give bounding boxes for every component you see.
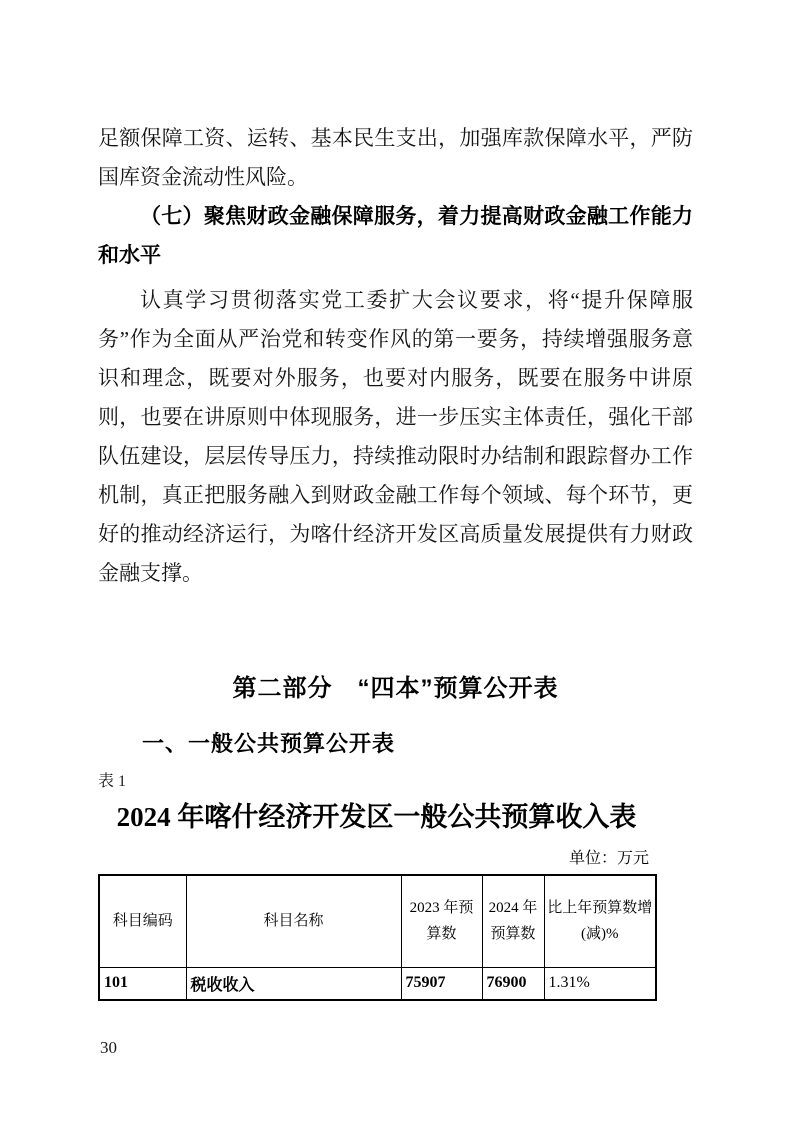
paragraph-section-seven: 认真学习贯彻落实党工委扩大会议要求，将“提升保障服务”作为全面从严治党和转变作风… [98,281,693,593]
unit-label: 单位：万元 [98,849,655,869]
content-area: 足额保障工资、运转、基本民生支出，加强库款保障水平，严防国库资金流动性风险。 （… [98,119,693,1001]
col-header-subject-name: 科目名称 [186,875,401,967]
page-number: 30 [100,1038,117,1058]
paragraph-continuation: 足额保障工资、运转、基本民生支出，加强库款保障水平，严防国库资金流动性风险。 [98,119,693,197]
cell-subject-code: 101 [99,967,186,1000]
table-title: 2024 年喀什经济开发区一般公共预算收入表 [98,800,655,834]
cell-change-percent: 1.31% [544,967,656,1000]
table-label: 表 1 [98,772,693,792]
col-header-budget-2024: 2024 年预算数 [482,875,544,967]
document-page: 足额保障工资、运转、基本民生支出，加强库款保障水平，严防国库资金流动性风险。 （… [0,0,793,1122]
budget-revenue-table: 科目编码 科目名称 2023 年预算数 2024 年预算数 比上年预算数增(减)… [98,874,657,1001]
col-header-subject-code: 科目编码 [99,875,186,967]
part-two-heading: 第二部分 “四本”预算公开表 [98,674,693,704]
col-header-change-percent: 比上年预算数增(减)% [544,875,656,967]
cell-subject-name: 税收收入 [186,967,401,1000]
heading-item-seven: （七）聚焦财政金融保障服务，着力提高财政金融工作能力和水平 [98,197,693,275]
table-header-row: 科目编码 科目名称 2023 年预算数 2024 年预算数 比上年预算数增(减)… [99,875,656,967]
cell-budget-2023: 75907 [401,967,482,1000]
section-one-heading: 一、一般公共预算公开表 [98,730,693,758]
col-header-budget-2023: 2023 年预算数 [401,875,482,967]
table-row: 101 税收收入 75907 76900 1.31% [99,967,656,1000]
cell-budget-2024: 76900 [482,967,544,1000]
